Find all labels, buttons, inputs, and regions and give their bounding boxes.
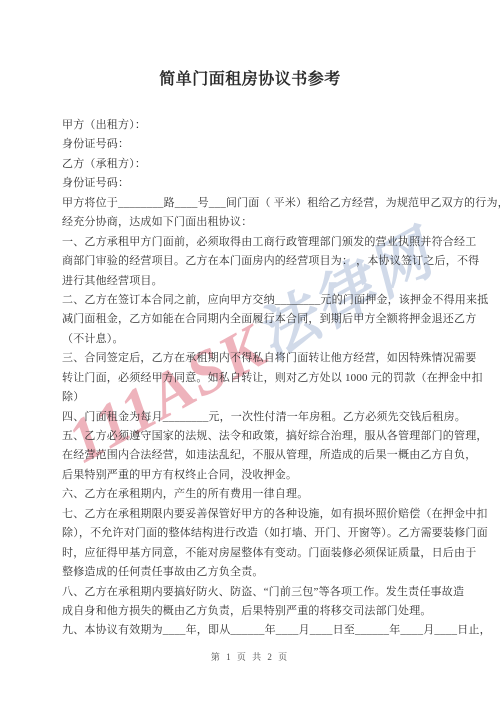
document-line: 除），不允许对门面的整体结构进行改造（如打墙、开门、开窗等）。乙方需要装修门面: [62, 524, 466, 543]
document-line: 甲方将位于________路____号___间门面（ 平米）租给乙方经营，为规范…: [62, 194, 466, 213]
document-title: 简单门面租房协议书参考: [0, 66, 500, 89]
document-line: 减门面租金，乙方如能在合同期内全面履行本合同，到期后甲方全额将押金退还乙方: [62, 310, 466, 329]
document-line: 成自身和他方损失的概由乙方负责，后果特别严重的将移交司法部门处理。: [62, 602, 466, 621]
document-line: 九、本协议有效期为____年，即从______年____月____日至_____…: [62, 621, 466, 640]
document-line: 时，应征得甲基方同意，不能对房屋整体有变动。门面装修必须保证质量，日后由于: [62, 544, 466, 563]
document-line: 一、乙方承租甲方门面前，必须取得由工商行政管理部门颁发的营业执照并符合经工: [62, 233, 466, 252]
document-body: 甲方（出租方）： 身份证号码： 乙方（承租方）： 身份证号码： 甲方将位于___…: [62, 116, 466, 641]
document-line: 四、门面租金为每月________元，一次性付清一年房租。乙方必须先交钱后租房。: [62, 408, 466, 427]
page-number: 第 1 页 共 2 页: [0, 650, 500, 663]
document-line: 五、乙方必须遵守国家的法规、法令和政策，搞好综合治理，服从各管理部门的管理，: [62, 427, 466, 446]
document-line: 身份证号码：: [62, 135, 466, 154]
document-line: 进行其他经营项目。: [62, 272, 466, 291]
document-line: 转让门面，必须经甲方同意。如私自转让，则对乙方处以 1000 元的罚款（在押金中…: [62, 369, 466, 388]
document-line: 六、乙方在承租期内，产生的所有费用一律自理。: [62, 485, 466, 504]
document-line: 商部门审验的经营项目。乙方在本门面房内的经营项目为： ，本协议签订之后，不得: [62, 252, 466, 271]
document-line: 经充分协商，达成如下门面出租协议：: [62, 213, 466, 232]
document-line: 二、乙方在签订本合同之前，应向甲方交纳________元的门面押金，该押金不得用…: [62, 291, 466, 310]
document-line: 除）: [62, 388, 466, 407]
document-line: 整修造成的任何责任事故由乙方负全责。: [62, 563, 466, 582]
document-line: 后果特别严重的甲方有权终止合同，没收押金。: [62, 466, 466, 485]
document-line: （不计息）。: [62, 330, 466, 349]
document-page: 111ASK法律网 简单门面租房协议书参考 甲方（出租方）： 身份证号码： 乙方…: [0, 0, 500, 706]
document-line: 七、乙方在承租期限内要妥善保管好甲方的各种设施，如有损坏照价赔偿（在押金中扣: [62, 505, 466, 524]
document-line: 身份证号码：: [62, 174, 466, 193]
document-line: 三、合同签定后，乙方在承租期内不得私自将门面转让他方经营，如因特殊情况需要: [62, 349, 466, 368]
document-line: 在经营范围内合法经营，如违法乱纪，不服从管理，所造成的后果一概由乙方自负，: [62, 446, 466, 465]
document-line: 乙方（承租方）：: [62, 155, 466, 174]
document-line: 甲方（出租方）：: [62, 116, 466, 135]
document-line: 八、乙方在承租期内要搞好防火、防盗、“门前三包”等各项工作。发生责任事故造: [62, 583, 466, 602]
